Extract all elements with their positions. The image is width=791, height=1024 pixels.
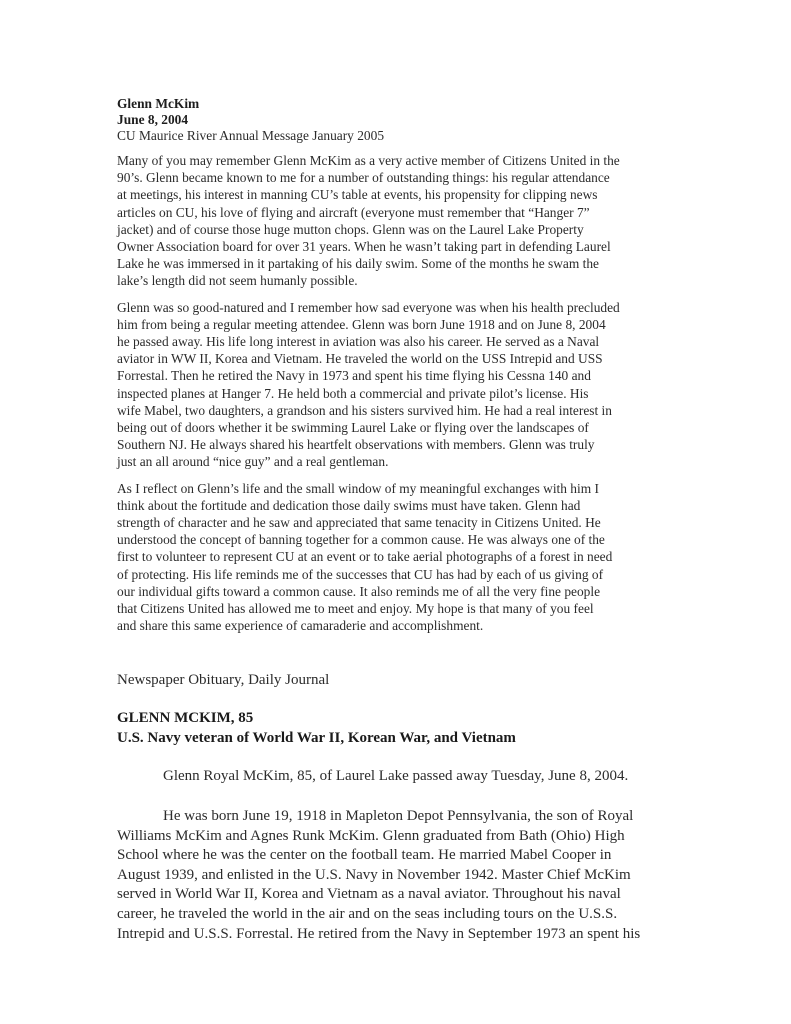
message-paragraph-2: Glenn was so good-natured and I remember… bbox=[117, 299, 682, 471]
text-line: jacket) and of course those huge mutton … bbox=[117, 221, 682, 238]
text-line: career, he traveled the world in the air… bbox=[117, 905, 682, 925]
text-line: He was born June 19, 1918 in Mapleton De… bbox=[117, 807, 682, 827]
text-line: he passed away. His life long interest i… bbox=[117, 333, 682, 350]
text-line: Many of you may remember Glenn McKim as … bbox=[117, 152, 682, 169]
header-name: Glenn McKim bbox=[117, 96, 682, 112]
text-line: Williams McKim and Agnes Runk McKim. Gle… bbox=[117, 827, 682, 847]
text-line: aviator in WW II, Korea and Vietnam. He … bbox=[117, 350, 682, 367]
text-line: wife Mabel, two daughters, a grandson an… bbox=[117, 402, 682, 419]
text-line: Intrepid and U.S.S. Forrestal. He retire… bbox=[117, 925, 682, 945]
text-line: first to volunteer to represent CU at an… bbox=[117, 548, 682, 565]
text-line: that Citizens United has allowed me to m… bbox=[117, 600, 682, 617]
text-line: Glenn was so good-natured and I remember… bbox=[117, 299, 682, 316]
obituary-body: He was born June 19, 1918 in Mapleton De… bbox=[117, 807, 682, 944]
text-line: August 1939, and enlisted in the U.S. Na… bbox=[117, 866, 682, 886]
document-header: Glenn McKim June 8, 2004 CU Maurice Rive… bbox=[117, 96, 682, 144]
text-line: at meetings, his interest in manning CU’… bbox=[117, 186, 682, 203]
text-line: lake’s length did not seem humanly possi… bbox=[117, 272, 682, 289]
document-page: Glenn McKim June 8, 2004 CU Maurice Rive… bbox=[117, 96, 682, 944]
text-line: served in World War II, Korea and Vietna… bbox=[117, 885, 682, 905]
obituary-subtitle: U.S. Navy veteran of World War II, Korea… bbox=[117, 728, 682, 748]
header-source: CU Maurice River Annual Message January … bbox=[117, 128, 682, 144]
annual-message: Many of you may remember Glenn McKim as … bbox=[117, 152, 682, 634]
text-line: and share this same experience of camara… bbox=[117, 617, 682, 634]
text-line: articles on CU, his love of flying and a… bbox=[117, 204, 682, 221]
text-line: think about the fortitude and dedication… bbox=[117, 497, 682, 514]
text-line: Owner Association board for over 31 year… bbox=[117, 238, 682, 255]
text-line: him from being a regular meeting attende… bbox=[117, 316, 682, 333]
text-line: As I reflect on Glenn’s life and the sma… bbox=[117, 480, 682, 497]
obituary-lead: Glenn Royal McKim, 85, of Laurel Lake pa… bbox=[117, 767, 682, 787]
text-line: our individual gifts toward a common cau… bbox=[117, 583, 682, 600]
text-line: Lake he was immersed in it partaking of … bbox=[117, 255, 682, 272]
obituary-source: Newspaper Obituary, Daily Journal bbox=[117, 671, 682, 689]
text-line: strength of character and he saw and app… bbox=[117, 514, 682, 531]
text-line: inspected planes at Hanger 7. He held bo… bbox=[117, 385, 682, 402]
text-line: being out of doors whether it be swimmin… bbox=[117, 419, 682, 436]
text-line: School where he was the center on the fo… bbox=[117, 846, 682, 866]
text-line: Forrestal. Then he retired the Navy in 1… bbox=[117, 367, 682, 384]
obituary-title: GLENN MCKIM, 85 bbox=[117, 708, 682, 728]
text-line: Southern NJ. He always shared his heartf… bbox=[117, 436, 682, 453]
text-line: just an all around “nice guy” and a real… bbox=[117, 453, 682, 470]
newspaper-obituary: Newspaper Obituary, Daily Journal GLENN … bbox=[117, 671, 682, 944]
header-date: June 8, 2004 bbox=[117, 112, 682, 128]
text-line: 90’s. Glenn became known to me for a num… bbox=[117, 169, 682, 186]
message-paragraph-3: As I reflect on Glenn’s life and the sma… bbox=[117, 480, 682, 635]
message-paragraph-1: Many of you may remember Glenn McKim as … bbox=[117, 152, 682, 290]
obituary-heading: GLENN MCKIM, 85 U.S. Navy veteran of Wor… bbox=[117, 708, 682, 748]
text-line: understood the concept of banning togeth… bbox=[117, 531, 682, 548]
text-line: of protecting. His life reminds me of th… bbox=[117, 566, 682, 583]
